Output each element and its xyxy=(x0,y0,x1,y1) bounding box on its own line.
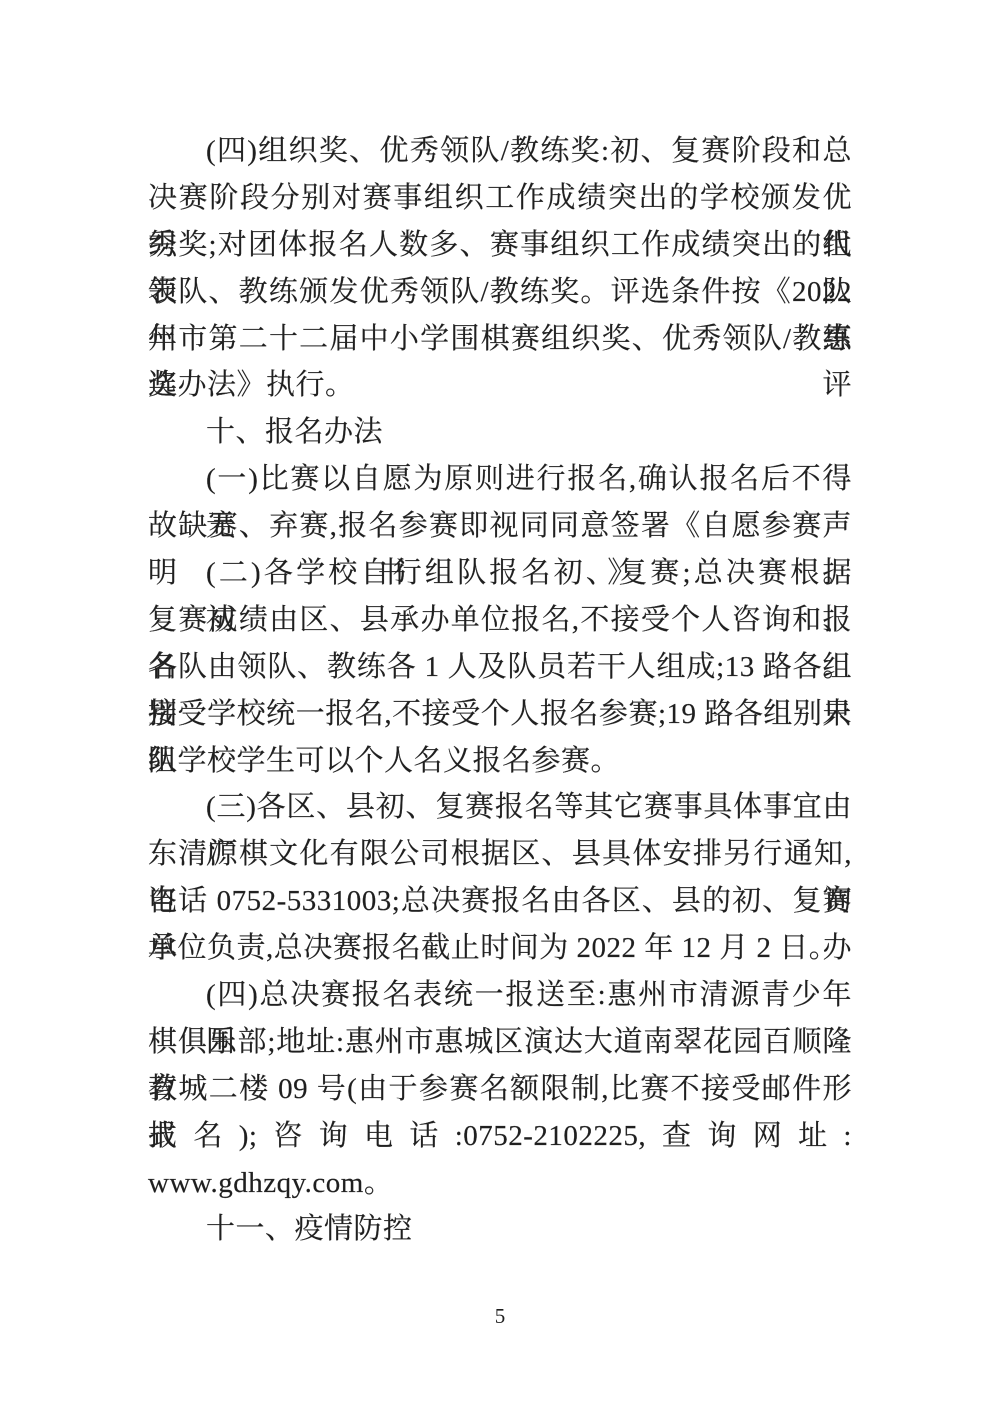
para-registration-1-line: (一)比赛以自愿为原则进行报名,确认报名后不得无 xyxy=(148,456,852,503)
para-registration-2-line: (二)各学校自行组队报名初、复赛;总决赛根据初、 xyxy=(148,550,852,597)
para-registration-3-line: 东清源棋文化有限公司根据区、县具体安排另行通知,咨询 xyxy=(148,831,852,878)
para-registration-4-line: (四)总决赛报名表统一报送至:惠州市清源青少年围 xyxy=(148,972,852,1019)
para-registration-4-line: 棋俱乐部;地址:惠州市惠城区演达大道南翠花园百顺隆教 xyxy=(148,1019,852,1066)
document-page: (四)组织奖、优秀领队/教练奖:初、复赛阶段和总决赛阶段分别对赛事组织工作成绩突… xyxy=(0,0,1000,1414)
para-registration-2-line: 接受学校统一报名,不接受个人报名参赛;19 路各组别未组 xyxy=(148,691,852,738)
para-organization-award-line: 决赛阶段分别对赛事组织工作成绩突出的学校颁发优秀组 xyxy=(148,175,852,222)
para-registration-3-line: (三)各区、县初、复赛报名等其它赛事具体事宜由广 xyxy=(148,784,852,831)
para-organization-award-line: 领队、教练颁发优秀领队/教练奖。评选条件按《2022 年惠 xyxy=(148,269,852,316)
para-registration-2-line: 各队由领队、教练各 1 人及队员若干人组成;13 路各组别只 xyxy=(148,644,852,691)
para-registration-2-line: 复赛成绩由区、县承办单位报名,不接受个人咨询和报名。 xyxy=(148,597,852,644)
para-registration-2-line: 队学校学生可以个人名义报名参赛。 xyxy=(148,738,852,785)
para-registration-1-line: 故缺赛、弃赛,报名参赛即视同同意签署《自愿参赛声明书》。 xyxy=(148,503,852,550)
para-registration-3-line: 电话 0752-5331003;总决赛报名由各区、县的初、复赛承办 xyxy=(148,878,852,925)
para-registration-4-line: www.gdhzqy.com。 xyxy=(148,1160,852,1207)
para-organization-award-line: 织奖;对团体报名人数多、赛事组织工作成绩突出的代表队 xyxy=(148,222,852,269)
document-body: (四)组织奖、优秀领队/教练奖:初、复赛阶段和总决赛阶段分别对赛事组织工作成绩突… xyxy=(148,128,852,1253)
para-registration-4-line: 报名);咨询电话:0752-2102225,查询网址: xyxy=(148,1113,852,1160)
heading-epidemic-prevention-line: 十一、疫情防控 xyxy=(148,1206,852,1253)
para-organization-award-line: (四)组织奖、优秀领队/教练奖:初、复赛阶段和总 xyxy=(148,128,852,175)
page-number: 5 xyxy=(0,1303,1000,1329)
heading-registration-method-line: 十、报名办法 xyxy=(148,409,852,456)
para-organization-award-line: 州市第二十二届中小学围棋赛组织奖、优秀领队/教练奖评 xyxy=(148,316,852,363)
para-registration-3-line: 单位负责,总决赛报名截止时间为 2022 年 12 月 2 日。 xyxy=(148,925,852,972)
para-registration-4-line: 育城二楼 09 号(由于参赛名额限制,比赛不接受邮件形式 xyxy=(148,1066,852,1113)
